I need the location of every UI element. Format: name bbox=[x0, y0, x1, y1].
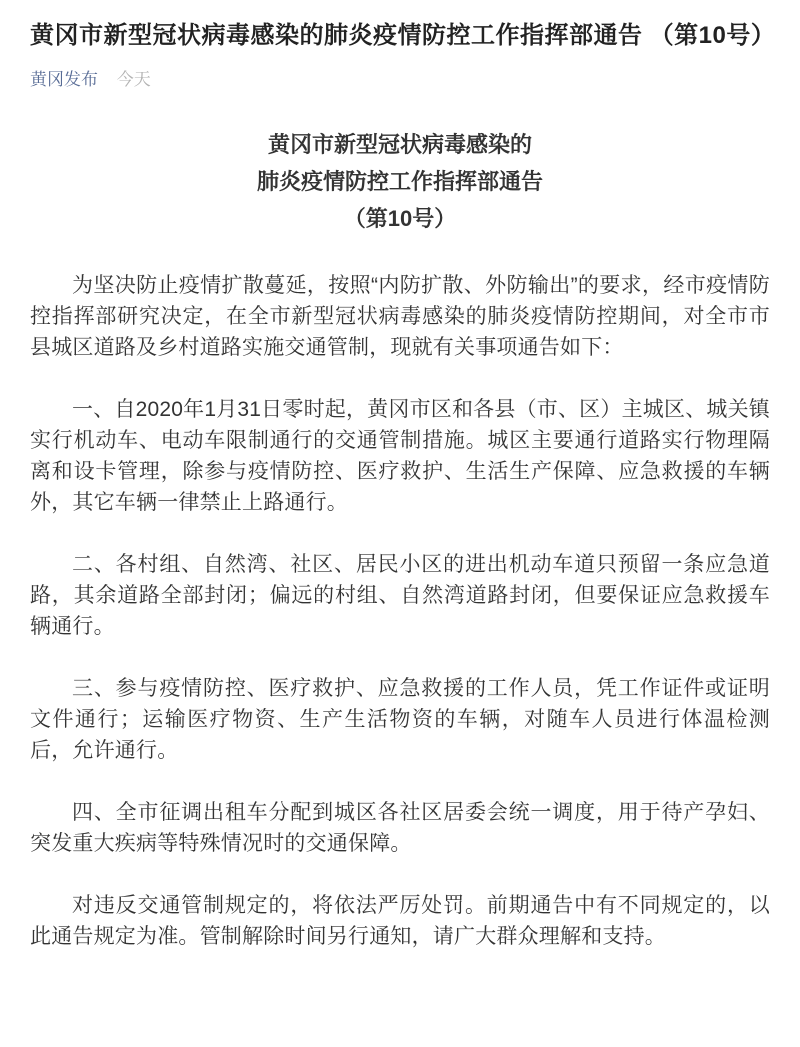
item-1-paragraph: 一、自2020年1月31日零时起，黄冈市区和各县（市、区）主城区、城关镇实行机动… bbox=[30, 394, 770, 518]
byline: 黄冈发布 今天 bbox=[30, 68, 770, 92]
notice-heading-line-3: （第10号） bbox=[30, 200, 770, 237]
closing-paragraph: 对违反交通管制规定的，将依法严厉处罚。前期通告中有不同规定的，以此通告规定为准。… bbox=[30, 890, 770, 952]
intro-paragraph: 为坚决防止疫情扩散蔓延，按照“内防扩散、外防输出”的要求，经市疫情防控指挥部研究… bbox=[30, 270, 770, 363]
item-4-paragraph: 四、全市征调出租车分配到城区各社区居委会统一调度，用于待产孕妇、突发重大疾病等特… bbox=[30, 797, 770, 859]
notice-heading-line-2: 肺炎疫情防控工作指挥部通告 bbox=[30, 163, 770, 200]
publish-date: 今天 bbox=[117, 70, 151, 89]
notice-body: 为坚决防止疫情扩散蔓延，按照“内防扩散、外防输出”的要求，经市疫情防控指挥部研究… bbox=[30, 270, 770, 952]
item-3-paragraph: 三、参与疫情防控、医疗救护、应急救援的工作人员，凭工作证件或证明文件通行；运输医… bbox=[30, 673, 770, 766]
notice-heading-line-1: 黄冈市新型冠状病毒感染的 bbox=[30, 126, 770, 163]
article-page: 黄冈市新型冠状病毒感染的肺炎疫情防控工作指挥部通告 （第10号） 黄冈发布 今天… bbox=[0, 0, 800, 952]
account-name-link[interactable]: 黄冈发布 bbox=[30, 70, 98, 89]
notice-heading: 黄冈市新型冠状病毒感染的 肺炎疫情防控工作指挥部通告 （第10号） bbox=[30, 126, 770, 237]
article-title: 黄冈市新型冠状病毒感染的肺炎疫情防控工作指挥部通告 （第10号） bbox=[30, 16, 770, 56]
item-2-paragraph: 二、各村组、自然湾、社区、居民小区的进出机动车道只预留一条应急道路，其余道路全部… bbox=[30, 549, 770, 642]
